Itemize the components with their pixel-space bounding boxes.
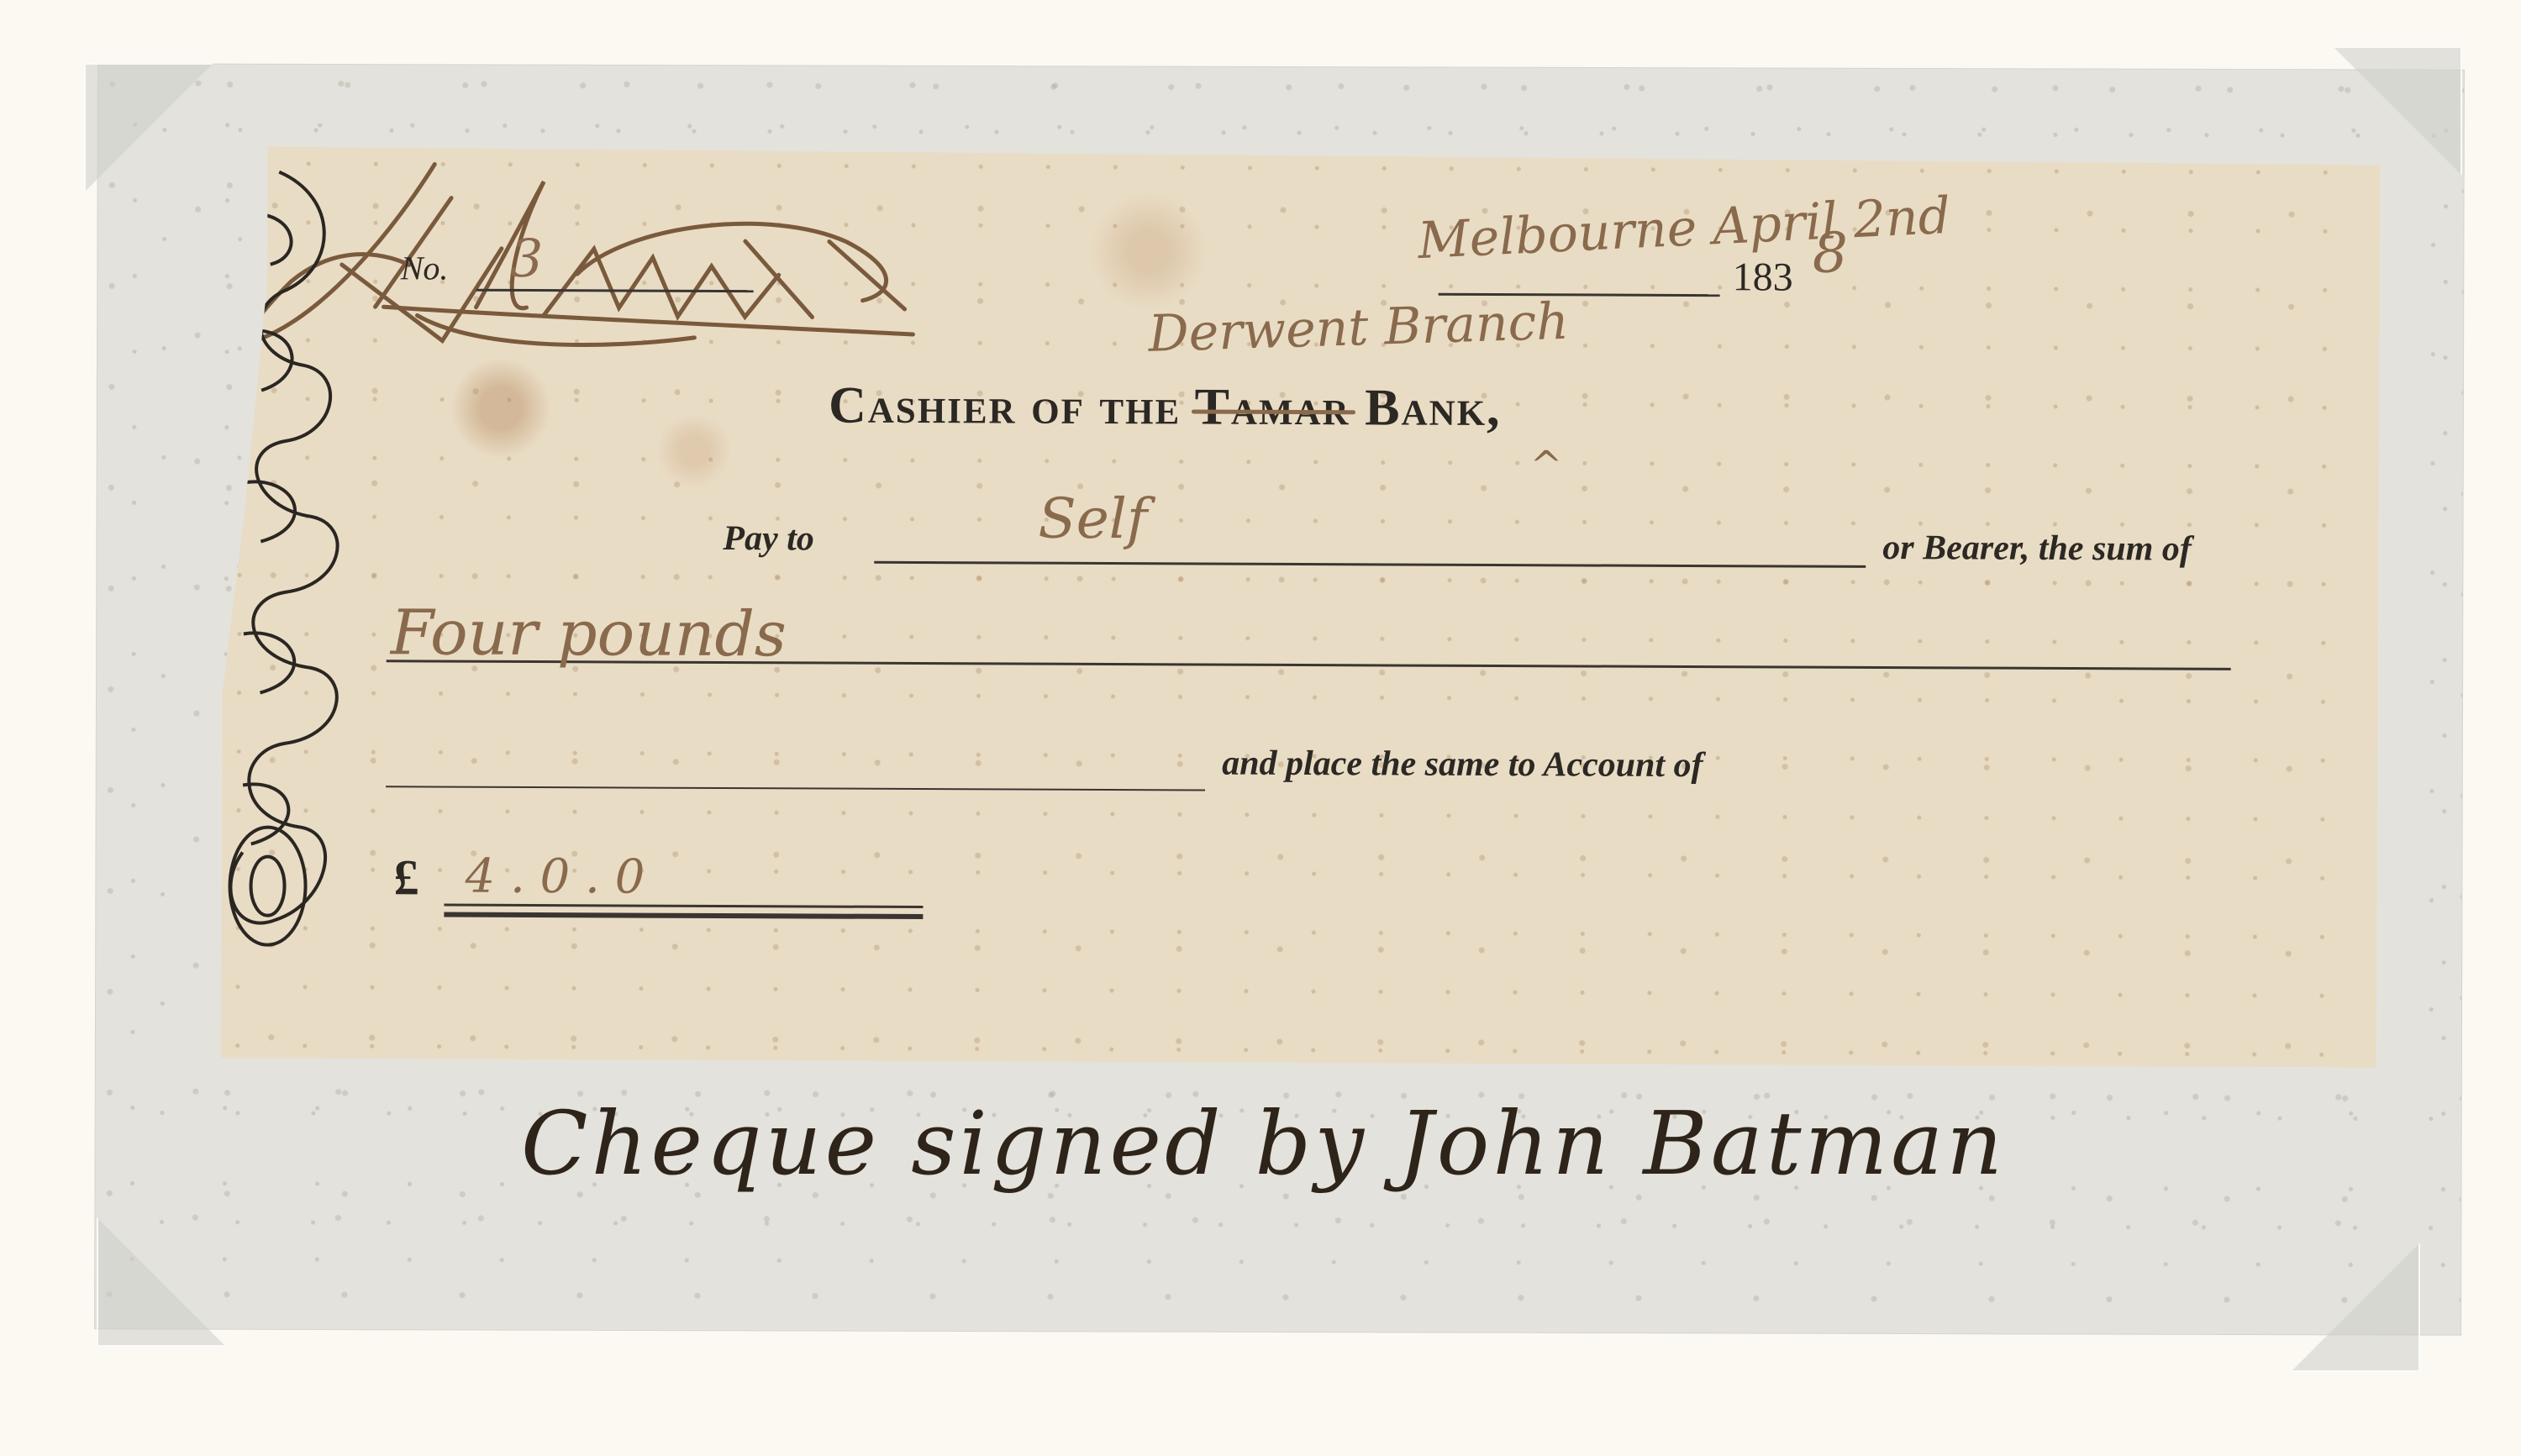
branch-handwritten: Derwent Branch	[1147, 292, 1569, 364]
bearer-text: or Bearer, the sum of	[1882, 528, 2192, 570]
amount-figures: 4 . 0 . 0	[465, 849, 645, 905]
bank-title-suffix: Bank,	[1350, 379, 1502, 437]
amount-rule-thick	[444, 912, 923, 919]
account-rule	[386, 786, 1205, 791]
cheque: No. 3 Melbourne April 2nd 183 8 Derwent …	[221, 146, 2381, 1067]
year-handwritten: 8	[1813, 221, 1848, 286]
caption: Cheque signed by John Batman	[521, 1092, 2006, 1195]
pay-to-label: Pay to	[723, 518, 814, 559]
cheque-number-value: 3	[510, 228, 544, 289]
pound-sign: £	[393, 849, 418, 907]
bank-title-struck: Tamar	[1194, 378, 1350, 436]
cheque-number-label: No.	[401, 248, 449, 287]
bank-title-prefix: Cashier of the	[829, 377, 1195, 436]
account-text: and place the same to Account of	[1222, 744, 1703, 786]
amount-rule	[444, 904, 923, 908]
pay-to-value: Self	[1038, 486, 1147, 552]
place-date-handwritten: Melbourne April 2nd	[1417, 187, 1952, 271]
insertion-caret: ^	[1530, 442, 1563, 487]
pay-to-rule	[874, 561, 1866, 568]
bank-title: Cashier of the Tamar Bank,	[829, 376, 1502, 439]
year-printed: 183	[1733, 254, 1793, 300]
sum-in-words: Four pounds	[391, 597, 787, 670]
